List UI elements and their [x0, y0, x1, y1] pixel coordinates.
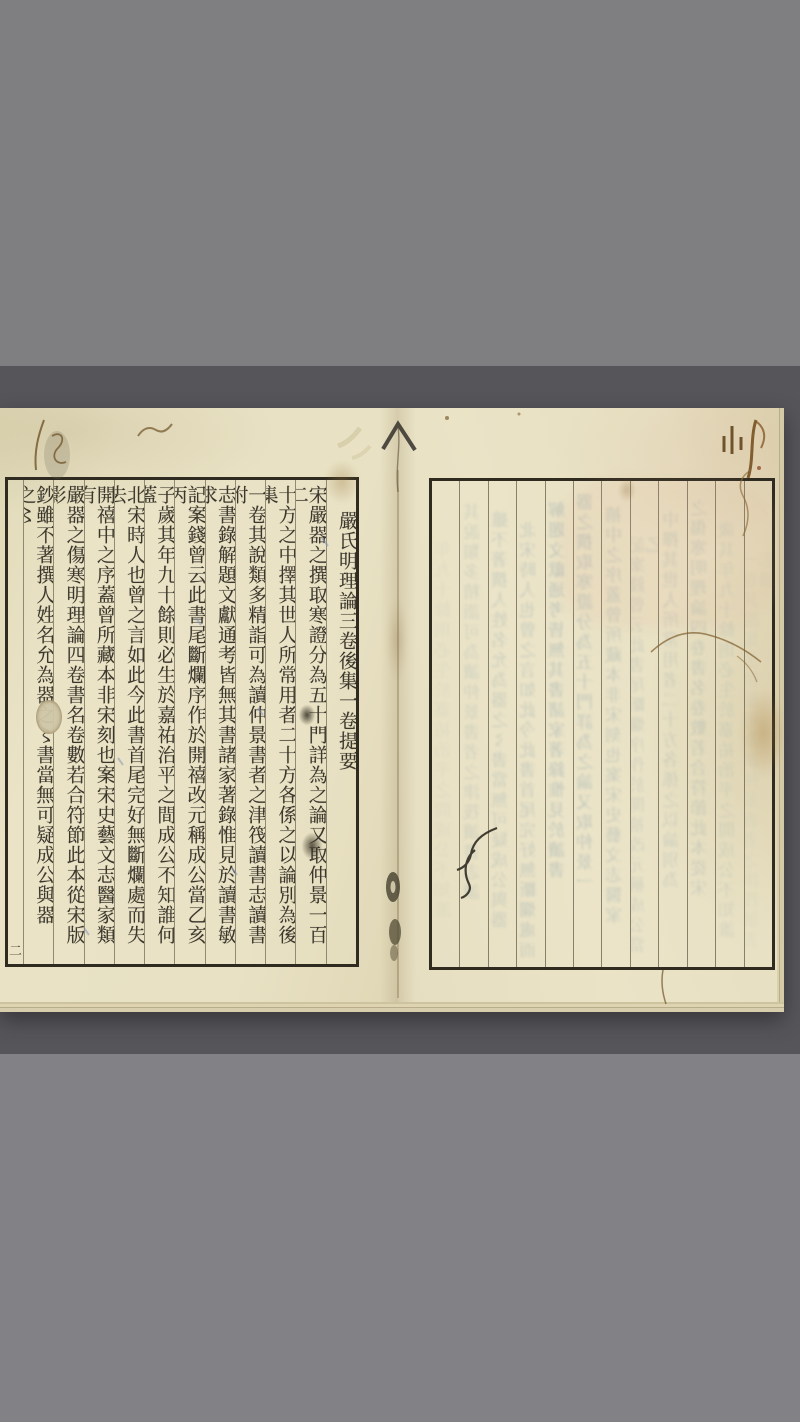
- text-column-5: 記案錢曾云此書尾斷爛序作於開禧改元稱成公當乙亥丙: [174, 480, 204, 964]
- page-stack-bottom-edge: [0, 1002, 784, 1012]
- text-column-10: 鈔雖不著撰人姓名允為器之〻書當無可疑成公與器之〻: [23, 480, 53, 964]
- ruled-column-11: 其說類多精詣可為讀仲景書者之津筏讀書志讀: [459, 481, 487, 967]
- text-column-8: 開禧中之序蓋曾所藏本非宋刻也案宋史藝文志醫家類有: [84, 480, 114, 964]
- left-text-frame: 嚴氏明理論三卷後集一卷提要宋嚴器之撰取寒證分為五十門詳為之論又取仲景一百二十方之…: [5, 477, 359, 967]
- text-column-3: 一卷其說類多精詣可為讀仲景書者之津筏讀書志讀書附: [235, 480, 265, 964]
- ruled-column-10: 雖不著撰人姓名允為器之〻書當無可疑成公與器: [488, 481, 516, 967]
- right-page-columns: 一卷其說類多精詣可為讀仲景書者之津筏讀書志讀歲其年九十餘則必生於嘉祐治平之間成公…: [432, 481, 772, 967]
- ruled-column-12: 年九十餘則必生於嘉祐治平之間成公不知誰: [432, 481, 459, 967]
- ruled-column-4: 中擇其世人所常用者二十方各係之以論別為: [658, 481, 686, 967]
- leaf-number: 二: [8, 940, 23, 959]
- bleedthrough-text: 記案錢曾云此書尾斷爛序作於開禧改元稱成公當乙: [631, 481, 658, 967]
- bleedthrough-text: 其說類多精詣可為讀仲景書者之津筏讀書志讀: [466, 481, 483, 903]
- bleedthrough-text: 器之撰取寒證分為五十門詳為之論又取仲景一: [579, 481, 596, 893]
- ruled-column-8: 解題文獻通考皆無其書諸家著錄惟見於讀書: [545, 481, 573, 967]
- text-column-4: 志書錄解題文獻通考皆無其書諸家著錄惟見於讀書敏求: [205, 480, 235, 964]
- background-lower: [0, 1053, 800, 1422]
- ruled-column-5: 記案錢曾云此書尾斷爛序作於開禧改元稱成公當乙: [630, 481, 658, 967]
- page-stack-right-edge: [777, 408, 784, 1002]
- ruled-column-7: 器之撰取寒證分為五十門詳為之論又取仲景一: [573, 481, 601, 967]
- bleedthrough-text: 之傷寒明理論四卷書名卷數若合符節此本從宋: [693, 481, 710, 899]
- text-column-9: 嚴器之傷寒明理論四卷書名卷數若合符節此本從宋版影: [53, 480, 83, 964]
- text-column-2: 十方之中擇其世人所常用者二十方各係之以論別為後集: [265, 480, 295, 964]
- text-column-7: 北宋時人也曾之言如此今此書首尾完好無斷爛處而失去: [114, 480, 144, 964]
- ruled-column-6: 禧中之序蓋曾所藏本非宋刻也案宋史藝文志醫家: [601, 481, 629, 967]
- bleedthrough-text: 一卷其說類多精詣可為讀仲景書者之津筏讀書志讀: [745, 481, 772, 967]
- ruled-column-3: 之傷寒明理論四卷書名卷數若合符節此本從宋: [687, 481, 715, 967]
- ruled-column-9: 北宋時人也曾之言如此今此書首尾完好無斷爛處而: [516, 481, 544, 967]
- center-fold-shading: [380, 408, 416, 1002]
- right-text-frame: 一卷其說類多精詣可為讀仲景書者之津筏讀書志讀歲其年九十餘則必生於嘉祐治平之間成公…: [429, 478, 775, 970]
- bleedthrough-text: 禧中之序蓋曾所藏本非宋刻也案宋史藝文志醫家: [608, 481, 625, 926]
- open-book: 嚴氏明理論三卷後集一卷提要宋嚴器之撰取寒證分為五十門詳為之論又取仲景一百二十方之…: [0, 408, 784, 1012]
- bleedthrough-text: 北宋時人也曾之言如此今此書首尾完好無斷爛處而: [522, 481, 539, 961]
- bleedthrough-text: 解題文獻通考皆無其書諸家著錄惟見於讀書: [551, 481, 568, 881]
- bleedthrough-text: 中擇其世人所常用者二十方各係之以論別為: [665, 481, 682, 891]
- ruled-column-1: 一卷其說類多精詣可為讀仲景書者之津筏讀書志讀: [744, 481, 772, 967]
- left-page-columns: 嚴氏明理論三卷後集一卷提要宋嚴器之撰取寒證分為五十門詳為之論又取仲景一百二十方之…: [23, 480, 356, 964]
- ruled-column-2: 歲其年九十餘則必生於嘉祐治平之間成公不知誰: [715, 481, 743, 967]
- photo-background: 嚴氏明理論三卷後集一卷提要宋嚴器之撰取寒證分為五十門詳為之論又取仲景一百二十方之…: [0, 0, 800, 1422]
- title-column: 嚴氏明理論三卷後集一卷提要: [326, 480, 356, 964]
- text-column-1: 宋嚴器之撰取寒證分為五十門詳為之論又取仲景一百二: [295, 480, 325, 964]
- bleedthrough-text: 歲其年九十餘則必生於嘉祐治平之間成公不知誰: [721, 481, 738, 941]
- bleedthrough-text: 雖不著撰人姓名允為器之〻書當無可疑成公與器: [494, 481, 511, 931]
- text-column-6: 子歲其年九十餘則必生於嘉祐治平之間成公不知誰何蓋: [144, 480, 174, 964]
- bleedthrough-text: 年九十餘則必生於嘉祐治平之間成公不知誰: [437, 481, 454, 921]
